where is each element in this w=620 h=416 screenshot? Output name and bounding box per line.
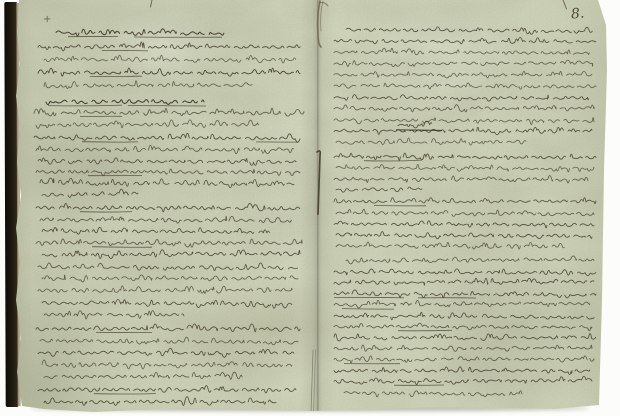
gutter-ink-flourish [321, 1, 323, 31]
handwriting-line [36, 120, 258, 128]
handwriting-line [336, 164, 594, 172]
handwriting-line [44, 311, 184, 319]
binding-fiber [311, 350, 313, 413]
handwriting-line [336, 242, 564, 249]
handwriting-line [336, 187, 422, 192]
handwriting-line [336, 209, 594, 216]
handwriting-line [334, 290, 596, 298]
scanned-manuscript-page: 8. + [0, 0, 620, 416]
right-page-handwriting [334, 27, 596, 397]
handwriting-line [38, 158, 296, 166]
handwriting-line [38, 263, 298, 271]
handwriting-line [334, 48, 589, 55]
handwriting-line [42, 189, 138, 197]
binding-thread [317, 151, 320, 214]
handwriting-line [334, 300, 590, 308]
handwriting-line [334, 83, 596, 89]
handwriting-line [334, 71, 592, 78]
underline-mark [92, 247, 152, 248]
handwriting-line [38, 386, 296, 393]
handwriting-line [42, 360, 292, 369]
handwriting-line [56, 29, 224, 36]
handwriting-line [40, 337, 298, 345]
gutter-ink-hook [319, 2, 328, 6]
handwriting-line [40, 216, 291, 223]
handwriting-line [36, 239, 302, 247]
handwriting-line [36, 145, 294, 153]
handwriting-line [40, 178, 294, 188]
handwriting-line [38, 348, 294, 357]
handwriting-line [334, 269, 596, 276]
handwriting-line [34, 133, 300, 142]
underline-mark [342, 309, 394, 310]
corner-cross-mark: + [43, 14, 51, 25]
binding-fiber [314, 350, 316, 413]
handwriting-line [42, 227, 270, 234]
handwriting-line [336, 232, 592, 239]
top-edge-tick [151, 0, 153, 7]
handwriting-line [334, 345, 592, 351]
handwriting-layer [0, 0, 620, 416]
handwriting-line [44, 81, 252, 89]
handwriting-line [46, 100, 204, 105]
page-number: 8. [570, 5, 585, 22]
underline-mark [364, 160, 422, 161]
handwriting-line [334, 60, 593, 66]
handwriting-line [334, 118, 594, 125]
handwriting-line [38, 68, 300, 76]
handwriting-line [334, 198, 596, 204]
handwriting-line [334, 376, 592, 384]
handwriting-line [44, 55, 296, 63]
handwriting-line [36, 324, 300, 332]
underline-mark [48, 105, 122, 106]
handwriting-line [42, 275, 298, 282]
handwriting-line [44, 397, 276, 406]
handwriting-line [38, 42, 300, 51]
handwriting-line [334, 334, 596, 341]
manuscript-paper-spread: 8. + [14, 0, 610, 414]
handwriting-line [346, 27, 592, 34]
handwriting-line [334, 367, 590, 375]
handwriting-line [34, 108, 304, 116]
handwriting-line [36, 203, 300, 211]
handwriting-line [334, 176, 588, 183]
handwriting-line [334, 95, 589, 101]
handwriting-line [334, 278, 594, 285]
handwriting-line [344, 391, 522, 397]
handwriting-line [42, 250, 300, 259]
handwriting-line [334, 356, 594, 363]
strikethrough-mark [396, 130, 442, 131]
gutter-thread-marks [151, 0, 567, 413]
handwriting-line [334, 153, 596, 160]
handwriting-line [334, 312, 594, 319]
handwriting-line [36, 169, 300, 175]
handwriting-line [38, 286, 292, 293]
left-page-handwriting [34, 29, 304, 406]
handwriting-line [334, 221, 594, 228]
handwriting-line [44, 372, 242, 379]
handwriting-line [334, 105, 594, 112]
handwriting-line [334, 127, 592, 134]
book-binding-edge [4, 2, 18, 407]
handwriting-line [346, 256, 594, 264]
top-edge-tick [563, 0, 567, 9]
handwriting-line [42, 299, 292, 308]
handwriting-line [334, 37, 596, 43]
handwriting-line [334, 323, 592, 331]
handwriting-line [336, 138, 526, 145]
